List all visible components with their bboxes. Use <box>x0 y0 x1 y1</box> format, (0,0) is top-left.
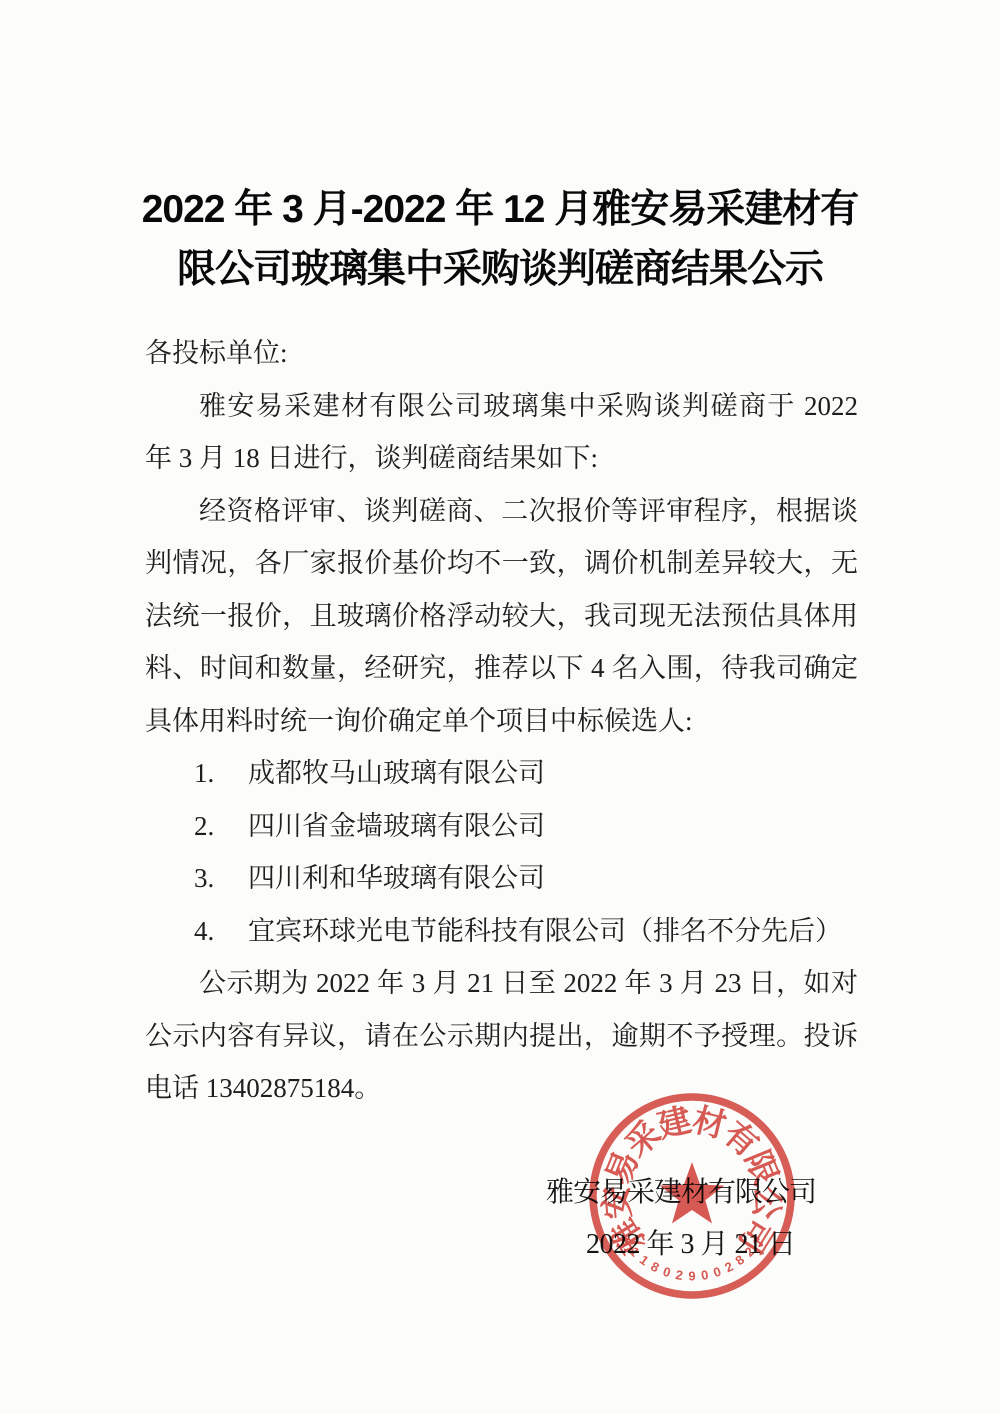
closing-line: 公示期为 2022 年 3 月 21 日至 2022 年 3 月 23 日，如对 <box>145 957 858 1010</box>
list-item-company: 成都牧马山玻璃有限公司 <box>248 758 545 788</box>
paragraph-2-line: 法统一报价，且玻璃价格浮动较大，我司现无法预估具体用 <box>145 590 858 643</box>
list-item-number: 3. <box>194 852 248 905</box>
closing-line: 公示内容有异议，请在公示期内提出，逾期不予授理。投诉 <box>145 1010 858 1063</box>
list-item-company: 四川省金墙玻璃有限公司 <box>248 811 545 841</box>
seal-star-icon <box>660 1162 725 1224</box>
salutation: 各投标单位: <box>145 327 858 380</box>
paragraph-2-line: 具体用料时统一询价确定单个项目中标候选人: <box>145 695 858 748</box>
list-item-company: 四川利和华玻璃有限公司 <box>248 863 545 893</box>
page-title: 2022 年 3 月-2022 年 12 月雅安易采建材有 限公司玻璃集中采购谈… <box>0 180 1000 300</box>
list-item-number: 1. <box>194 747 248 800</box>
seal-code-digit: 8 <box>648 1259 661 1276</box>
list-item: 4.宜宾环球光电节能科技有限公司（排名不分先后） <box>145 905 858 958</box>
paragraph-2-line: 判情况，各厂家报价基价均不一致，调价机制差异较大，无 <box>145 537 858 590</box>
list-item-number: 4. <box>194 905 248 958</box>
seal-code-digit: 1 <box>637 1252 652 1268</box>
seal-ring-char: 建 <box>654 1102 695 1146</box>
paragraph-2-line: 经资格评审、谈判磋商、二次报价等评审程序，根据谈 <box>145 485 858 538</box>
paragraph-1-line: 雅安易采建材有限公司玻璃集中采购谈判磋商于 2022 <box>145 380 858 433</box>
seal-code-digit: 8 <box>732 1252 747 1268</box>
list-item-number: 2. <box>194 800 248 853</box>
seal-code-digit: 0 <box>711 1264 723 1281</box>
list-item-company: 宜宾环球光电节能科技有限公司（排名不分先后） <box>248 916 842 946</box>
seal-code-digit: 2 <box>722 1259 735 1276</box>
list-item: 3.四川利和华玻璃有限公司 <box>145 852 858 905</box>
document-body: 各投标单位: 雅安易采建材有限公司玻璃集中采购谈判磋商于 2022 年 3 月 … <box>145 327 858 1115</box>
seal-code-digit: 0 <box>700 1267 710 1283</box>
title-line-2: 限公司玻璃集中采购谈判磋商结果公示 <box>0 240 1000 300</box>
document-page: 2022 年 3 月-2022 年 12 月雅安易采建材有 限公司玻璃集中采购谈… <box>0 0 1000 1414</box>
list-item: 2.四川省金墙玻璃有限公司 <box>145 800 858 853</box>
company-seal: 雅安易采建材有限公司5118029002821 <box>587 1091 797 1301</box>
paragraph-2-line: 料、时间和数量，经研究，推荐以下 4 名入围，待我司确定 <box>145 642 858 695</box>
seal-code-digit: 9 <box>688 1269 695 1284</box>
list-item: 1.成都牧马山玻璃有限公司 <box>145 747 858 800</box>
title-line-1: 2022 年 3 月-2022 年 12 月雅安易采建材有 <box>0 180 1000 240</box>
seal-code-digit: 0 <box>661 1264 673 1281</box>
paragraph-1-line: 年 3 月 18 日进行，谈判磋商结果如下: <box>145 432 858 485</box>
seal-code-digit: 2 <box>674 1267 684 1283</box>
